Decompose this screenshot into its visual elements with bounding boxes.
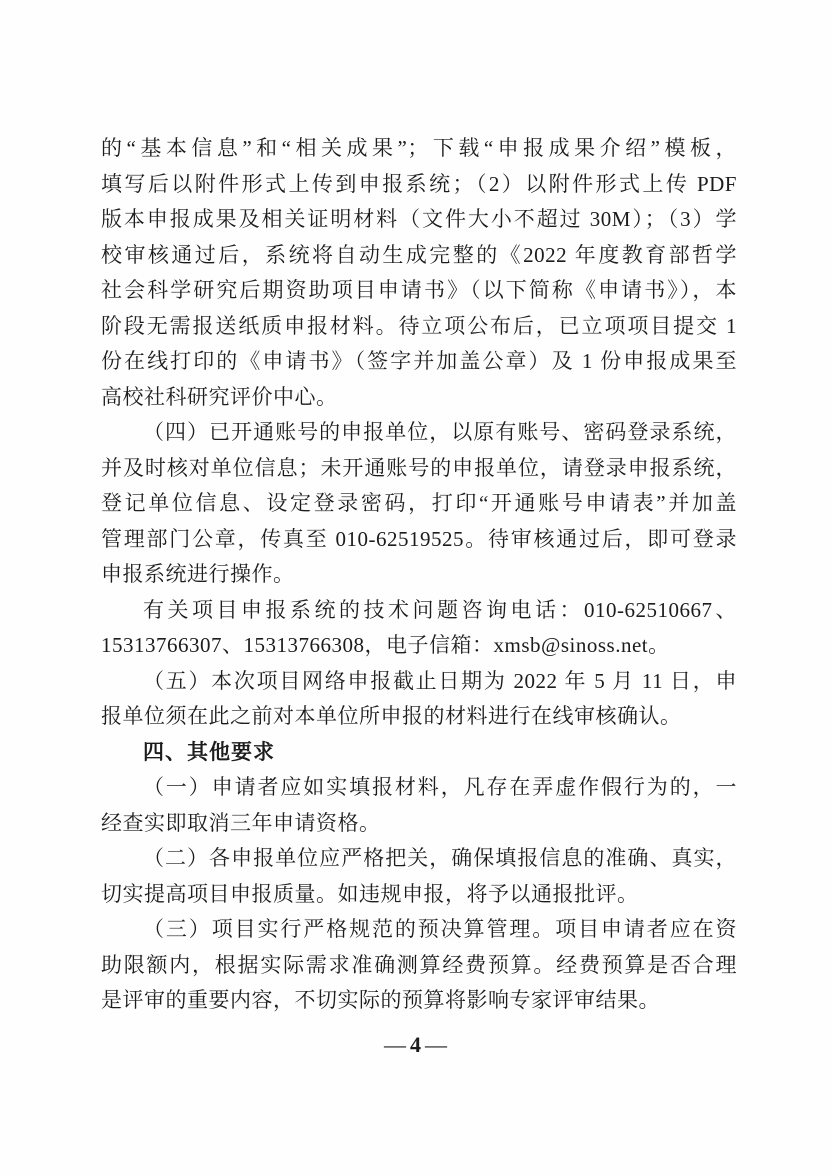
text-line: 校审核通过后，系统将自动生成完整的《2022 年度教育部哲学 [101, 238, 737, 274]
text-line: 报单位须在此之前对本单位所申报的材料进行在线审核确认。 [101, 699, 737, 735]
footer-left-dash: — [380, 1032, 410, 1057]
text-line: 是评审的重要内容，不切实际的预算将影响专家评审结果。 [101, 983, 737, 1019]
text-line: 助限额内，根据实际需求准确测算经费预算。经费预算是否合理 [101, 948, 737, 984]
text-line: 填写后以附件形式上传到申报系统；（2）以附件形式上传 PDF [101, 167, 737, 203]
text-line: （一）申请者应如实填报材料，凡存在弄虚作假行为的，一 [101, 770, 737, 806]
text-line: 经查实即取消三年申请资格。 [101, 806, 737, 842]
text-line: 并及时核对单位信息；未开通账号的申报单位，请登录申报系统， [101, 451, 737, 487]
text-line: 阶段无需报送纸质申报材料。待立项公布后，已立项项目提交 1 [101, 309, 737, 345]
text-line: 切实提高项目申报质量。如违规申报，将予以通报批评。 [101, 877, 737, 913]
page-number: 4 [410, 1032, 421, 1057]
footer-right-dash: — [421, 1032, 451, 1057]
text-line: 申报系统进行操作。 [101, 557, 737, 593]
document-body: 的“基本信息”和“相关成果”；下载“申报成果介绍”模板，填写后以附件形式上传到申… [101, 131, 737, 1019]
document-page: 的“基本信息”和“相关成果”；下载“申报成果介绍”模板，填写后以附件形式上传到申… [0, 0, 831, 1175]
section-heading: 四、其他要求 [101, 735, 737, 771]
text-line: （五）本次项目网络申报截止日期为 2022 年 5 月 11 日，申 [101, 664, 737, 700]
text-line: （三）项目实行严格规范的预决算管理。项目申请者应在资 [101, 912, 737, 948]
text-line: 高校社科研究评价中心。 [101, 380, 737, 416]
text-line: 15313766307、15313766308，电子信箱：xmsb@sinoss… [101, 628, 737, 664]
text-line: 社会科学研究后期资助项目申请书》（以下简称《申请书》），本 [101, 273, 737, 309]
text-line: （四）已开通账号的申报单位，以原有账号、密码登录系统， [101, 415, 737, 451]
text-line: 管理部门公章，传真至 010-62519525。待审核通过后，即可登录 [101, 522, 737, 558]
text-line: 登记单位信息、设定登录密码，打印“开通账号申请表”并加盖 [101, 486, 737, 522]
text-line: 份在线打印的《申请书》（签字并加盖公章）及 1 份申报成果至 [101, 344, 737, 380]
text-line: 的“基本信息”和“相关成果”；下载“申报成果介绍”模板， [101, 131, 737, 167]
text-line: 有关项目申报系统的技术问题咨询电话：010-62510667、 [101, 593, 737, 629]
page-footer: —4— [0, 1030, 831, 1060]
text-line: 版本申报成果及相关证明材料（文件大小不超过 30M）；（3）学 [101, 202, 737, 238]
text-line: （二）各申报单位应严格把关，确保填报信息的准确、真实， [101, 841, 737, 877]
